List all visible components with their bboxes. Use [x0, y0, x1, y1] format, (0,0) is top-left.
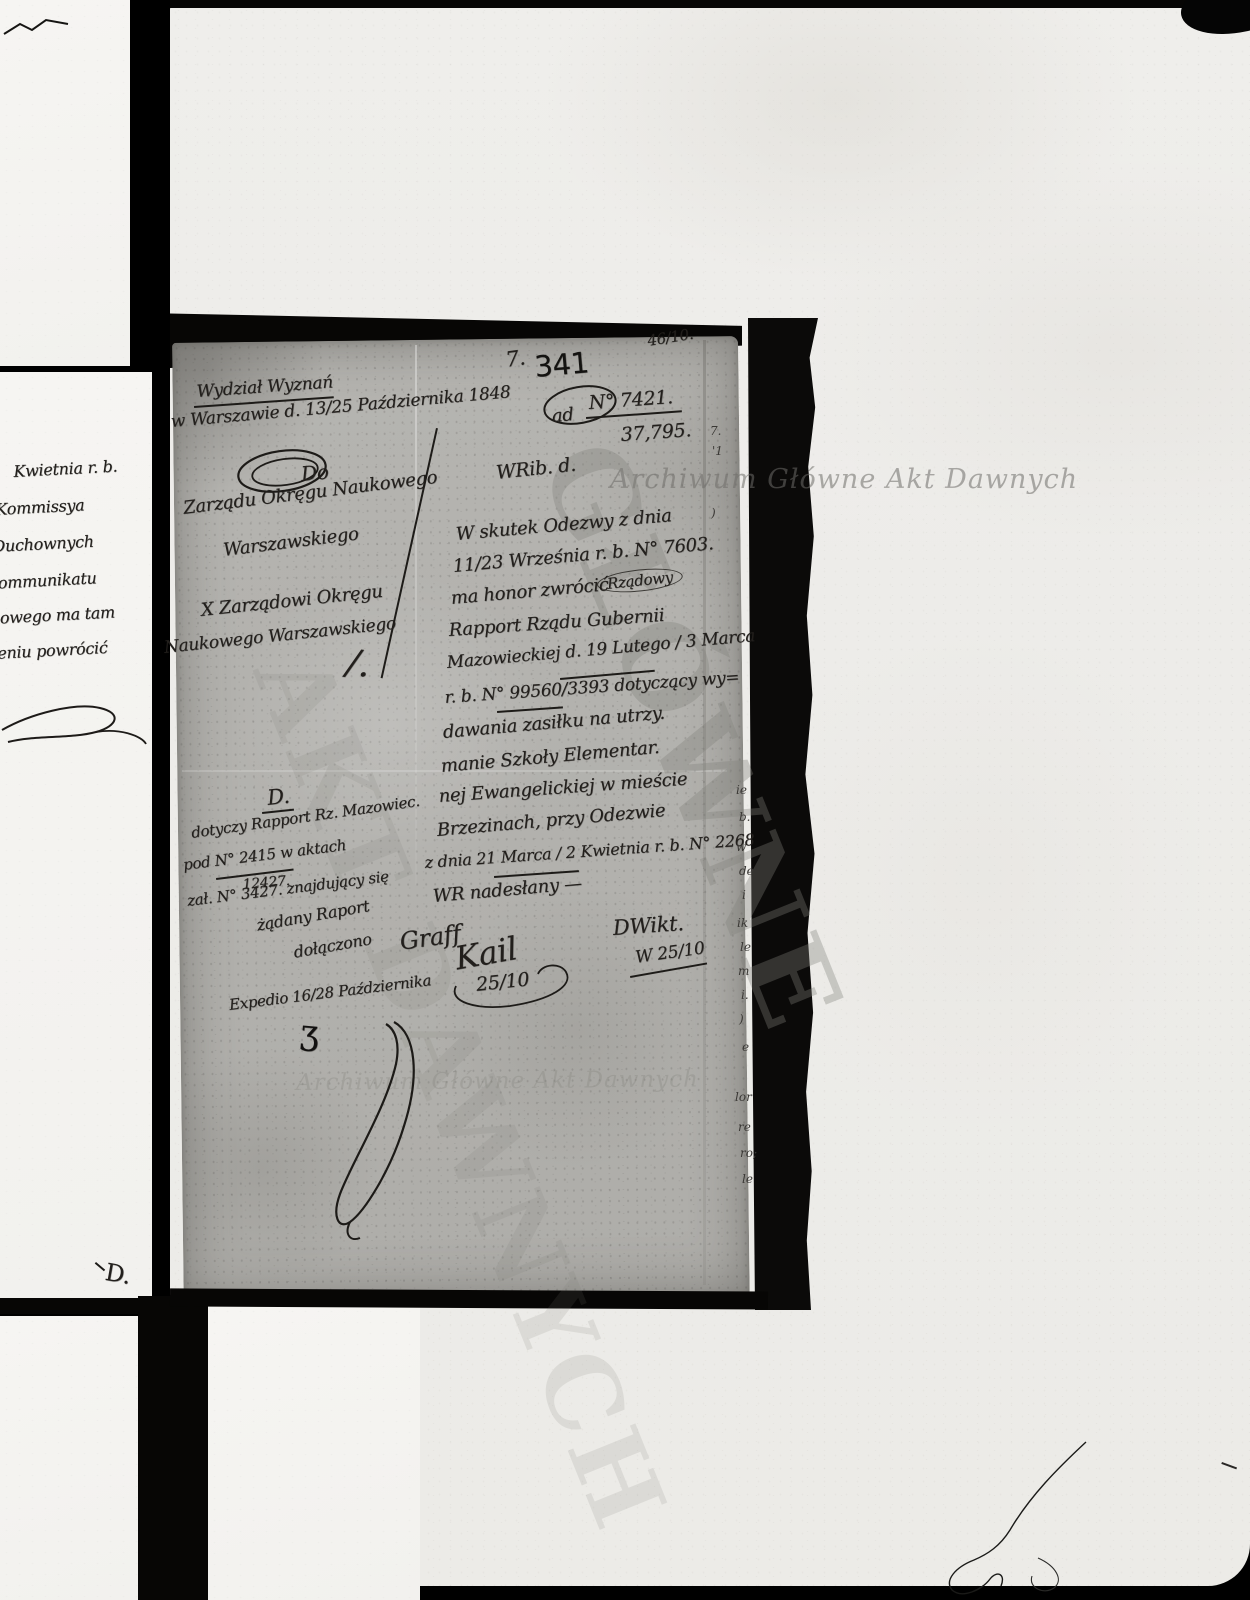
signature-dwikt: DWikt.: [612, 911, 684, 940]
margin-fragment: ie: [736, 783, 747, 797]
left-page-line: kommunikatu: [0, 568, 97, 593]
paper-crack-mark: [2, 14, 72, 40]
margin-fragment: i: [742, 888, 746, 902]
margin-fragment: '1: [712, 444, 723, 458]
margin-fragment: 7.: [710, 424, 721, 438]
docket-heading: D.: [266, 784, 291, 810]
margin-fragment: w: [736, 840, 746, 854]
margin-fragment: ): [711, 506, 716, 520]
margin-fragment: i.: [741, 988, 749, 1002]
bottom-gap-shadow: [138, 1296, 208, 1600]
left-page-line: Duchownych: [0, 532, 94, 556]
margin-fragment: le: [740, 940, 751, 954]
top-left-page-fragment: [0, 0, 130, 366]
margin-fragment: re: [738, 1120, 751, 1134]
margin-fragment: m: [738, 964, 749, 978]
kail-underline-flourish: [446, 952, 586, 1012]
margin-fragment: ro;: [740, 1146, 757, 1160]
left-page-line: ieniu powrócić: [0, 638, 108, 663]
left-page-line: Kommissya: [0, 495, 85, 519]
left-page-line: Kwietnia r. b.: [13, 457, 118, 481]
margin-fragment: lor: [735, 1090, 752, 1104]
ref-ad: ad: [551, 404, 574, 427]
hair-squiggle-mark: [918, 1438, 1108, 1598]
paraph-flourish: [316, 1016, 436, 1246]
archive-watermark-top: Archiwum Główne Akt Dawnych: [610, 464, 1078, 495]
scan-canvas: Kwietnia r. b. Kommissya Duchownych komm…: [0, 0, 1250, 1600]
ink-stroke: [95, 1262, 105, 1271]
side-note: 7.: [504, 345, 527, 371]
margin-fragment: ik: [737, 916, 748, 930]
margin-fragment: e: [742, 1040, 749, 1054]
margin-fragment: le: [742, 1172, 753, 1186]
bottom-center-page-fragment: [208, 1306, 420, 1600]
margin-fragment: b.: [739, 810, 751, 824]
top-edge-shadow: [170, 0, 1250, 8]
left-page-signature-flourish: [0, 692, 152, 762]
left-page-fragment: Kwietnia r. b. Kommissya Duchownych komm…: [0, 372, 152, 1298]
margin-fragment: ): [739, 1012, 744, 1026]
left-page-ink-mark: D.: [103, 1258, 133, 1290]
margin-fragment: de: [739, 864, 754, 878]
bottom-left-page-fragment: [0, 1316, 138, 1600]
left-page-line: kowego ma tam: [0, 602, 115, 627]
folio-number: 341: [533, 345, 590, 384]
manuscript-bottom-shadow: [170, 1288, 768, 1309]
